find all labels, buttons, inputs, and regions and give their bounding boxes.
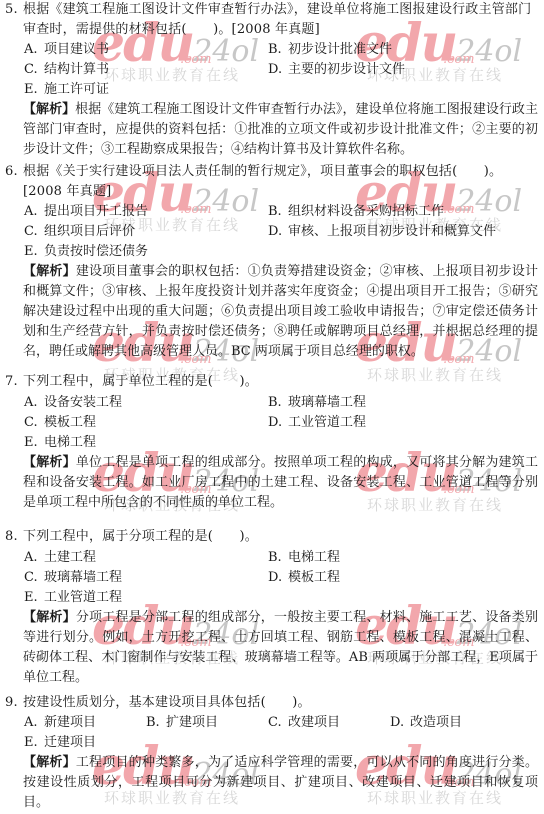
question-text: 按建设性质划分，基本建设项目具体包括( )。: [23, 694, 311, 712]
analysis: 【解析】建设项目董事会的职权包括：①负责筹措建设资金；②审核、上报项目初步设计和…: [23, 262, 538, 362]
option-b: B.初步设计批准文件: [268, 41, 392, 59]
question-number: 7.: [5, 373, 18, 391]
option-d: D.审核、上报项目初步设计和概算文件: [268, 223, 496, 241]
option-e: E.负责按时偿还债务: [24, 243, 148, 261]
question-number: 8.: [5, 528, 18, 546]
option-c: C.模板工程: [24, 414, 96, 432]
option-c: C.组织项目后评价: [24, 223, 135, 241]
option-e: E.迁建项目: [24, 734, 96, 752]
option-c: C.结构计算书: [24, 61, 109, 79]
option-e: E.施工许可证: [24, 81, 109, 99]
option-b: B.电梯工程: [268, 549, 340, 567]
analysis: 【解析】工程项目的种类繁多，为了适应科学管理的需要，可以从不同的角度进行分类。按…: [23, 753, 538, 813]
option-a: A.设备安装工程: [24, 394, 122, 412]
option-d: D.改造项目: [390, 714, 462, 732]
question-text: 下列工程中，属于分项工程的是( )。: [23, 528, 258, 546]
option-a: A.新建项目: [24, 714, 96, 732]
question-number: 5.: [5, 1, 18, 19]
option-d: D.工业管道工程: [268, 414, 366, 432]
question-text: 根据《关于实行建设项目法人责任制的暂行规定》，项目董事会的职权包括( )。: [23, 163, 502, 181]
option-b: B.扩建项目: [146, 714, 218, 732]
analysis: 【解析】根据《建筑工程施工图设计文件审查暂行办法》，建设单位将施工图报建设行政主…: [23, 100, 538, 160]
option-a: A.土建工程: [24, 549, 96, 567]
analysis: 【解析】分项工程是分部工程的组成部分，一般按主要工程、材料、施工工艺、设备类别等…: [23, 608, 538, 688]
document-page: edu24ol.com环球职业教育在线 edu24ol.com环球职业教育在线 …: [0, 0, 544, 814]
option-a: A.项目建议书: [24, 41, 109, 59]
option-a: A.提出项目开工报告: [24, 203, 148, 221]
option-c: C.改建项目: [268, 714, 340, 732]
option-e: E.工业管道工程: [24, 589, 122, 607]
option-d: D.主要的初步设计文件: [268, 61, 405, 79]
analysis: 【解析】单位工程是单项工程的组成部分。按照单项工程的构成，又可将其分解为建筑工程…: [23, 453, 538, 513]
question-number: 9.: [5, 694, 18, 712]
option-b: B.玻璃幕墙工程: [268, 394, 366, 412]
question-text: [2008 年真题]: [23, 183, 111, 201]
question-text: 根据《建筑工程施工图设计文件审查暂行办法》，建设单位将施工图报建设行政主管部门: [23, 1, 531, 19]
question-number: 6.: [5, 163, 18, 181]
option-c: C.玻璃幕墙工程: [24, 569, 122, 587]
question-text: 审查时，需提供的材料包括( )。[2008 年真题]: [23, 21, 320, 39]
option-d: D.模板工程: [268, 569, 340, 587]
option-b: B.组织材料设备采购招标工作: [268, 203, 444, 221]
question-text: 下列工程中，属于单位工程的是( )。: [23, 373, 258, 391]
option-e: E.电梯工程: [24, 434, 96, 452]
